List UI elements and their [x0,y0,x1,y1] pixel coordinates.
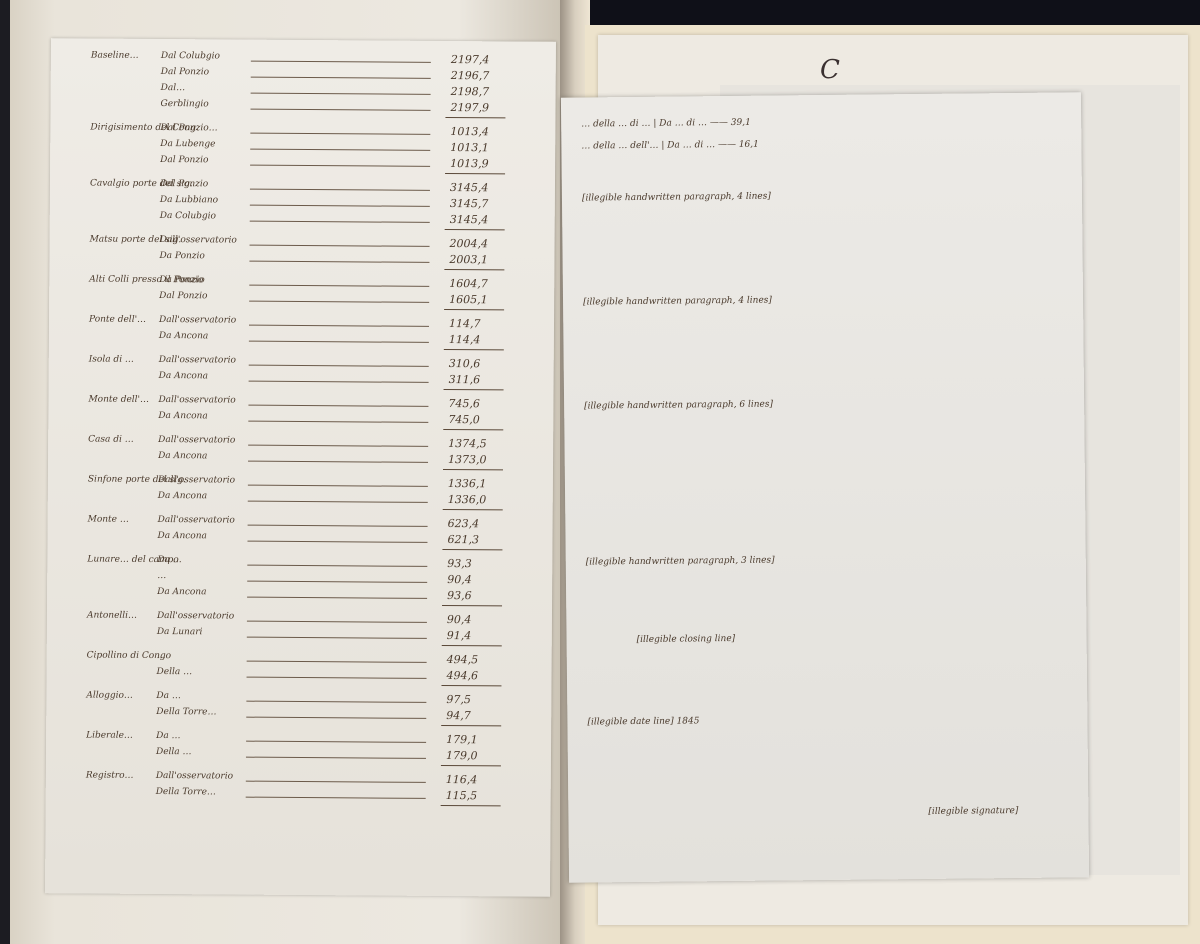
ledger-value: 3145,7 [450,197,489,210]
ledger-group-rule [443,469,503,470]
ledger-value: 2003,1 [449,253,488,266]
ledger-row-source: Da Ancona [158,451,207,461]
ledger-leader-line [247,677,427,679]
ledger-value: 621,3 [447,533,479,546]
ledger-leader-line [249,301,429,303]
ledger-leader-line [251,61,431,63]
ledger-row: Da Ancona311,6 [49,370,554,390]
ledger-entry-label: Monte … [88,515,129,525]
ledger-leader-line [247,621,427,623]
ledger-leader-line [246,757,426,759]
ledger-row: Dal Ponzio1013,9 [50,154,555,174]
ledger-value: 310,6 [449,357,481,370]
ledger-row-source: Della … [156,747,192,757]
ledger-group-rule [445,173,505,174]
ledger-entry-label: Alloggio… [86,691,133,701]
ledger-row: Della …179,0 [46,746,551,766]
ledger-group-rule [445,229,505,230]
ledger-value: 1336,0 [448,493,487,506]
ledger-value: 93,6 [447,589,472,602]
ledger-row-source: Da Ancona [157,587,206,597]
ledger-row-source: Da Colubgio [160,211,216,221]
ledger-row: Da Ancona745,0 [48,410,553,430]
ledger-row-source: Da Ancona [157,531,206,541]
letter-paragraph: [illegible handwritten paragraph, 3 line… [586,544,1066,575]
ledger-group-rule [445,117,505,118]
ledger-row-source: Dal Ponzio [160,155,208,165]
ledger-row-source: Da Ancona [158,491,207,501]
ledger-row-source: … [157,571,166,581]
ledger-leader-line [246,781,426,783]
ledger-row-source: Da Ancona [159,331,208,341]
ledger-row-source: Da Ponzio [159,275,204,285]
ledger-value: 1013,4 [450,125,489,138]
ledger-value: 2197,4 [451,53,490,66]
ledger-row-source: Dall'osservatorio [158,435,235,446]
ledger-group-rule [443,429,503,430]
ledger-group-rule [442,605,502,606]
ledger-value: 2198,7 [451,85,490,98]
ledger-row: Da Ancona621,3 [47,530,552,550]
ledger-value: 91,4 [447,629,472,642]
ledger-entry-label: Liberale… [86,731,133,741]
ledger-row-source: Dal Ponzio… [160,123,217,133]
ledger-leader-line [247,597,427,599]
ledger-value: 1013,1 [450,141,489,154]
ledger-group-rule [442,645,502,646]
ledger-value: 494,5 [447,653,479,666]
ledger-leader-line [251,77,431,79]
ledger-leader-line [249,261,429,263]
ledger-row-source: Dall'osservatorio [158,395,235,406]
ledger-value: 93,3 [447,557,472,570]
ledger-group-rule [444,389,504,390]
letter-signature: [illegible signature] [928,797,1068,824]
ledger-value: 1604,7 [449,277,488,290]
ledger-value: 94,7 [446,709,471,722]
ledger-row-source: Dall'osservatorio [156,771,233,782]
ledger-group-rule [441,805,501,806]
ledger-row: Da Ancona1373,0 [48,450,553,470]
ledger-leader-line [247,541,427,543]
ledger-group-rule [441,725,501,726]
right-letter-sheet: … della … di … | Da … di … —— 39,1… dell… [561,92,1089,882]
letter-paragraph: [illegible handwritten paragraph, 4 line… [583,284,1063,315]
ledger-row: Della Torre…94,7 [46,706,551,726]
ledger-leader-line [250,221,430,223]
ledger-entry-label: Ponte dell'… [89,315,146,325]
ledger-entry-label: Casa di … [88,435,134,445]
ledger-leader-line [250,165,430,167]
ledger-value: 115,5 [446,789,478,802]
ledger-row: Da Ponzio2003,1 [49,250,554,270]
ledger-row: Della Torre…115,5 [46,786,551,806]
ledger-value: 116,4 [446,773,478,786]
ledger-entry-label: Isola di … [89,355,134,365]
ledger-group-rule [444,349,504,350]
ledger-value: 3145,4 [450,213,489,226]
ledger-leader-line [248,421,428,423]
ledger-group-rule [441,685,501,686]
ledger-leader-line [249,341,429,343]
ledger-value: 1605,1 [449,293,488,306]
ledger-leader-line [246,701,426,703]
ledger-value: 745,0 [448,413,480,426]
ledger-leader-line [247,581,427,583]
ledger-value: 114,7 [449,317,481,330]
left-page: Baseline…Dal Colubgio2197,4Dal Ponzio219… [10,0,570,944]
ledger-value: 2004,4 [450,237,489,250]
ledger-row: Da Colubgio3145,4 [50,210,555,230]
ledger-row: Da Ancona1336,0 [48,490,553,510]
ledger-row-source: Dall'osservatorio [159,355,236,366]
ledger-leader-line [248,525,428,527]
letter-date: [illegible date line] 1845 [587,704,1067,735]
ledger-leader-line [250,189,430,191]
ledger-value: 1336,1 [448,477,487,490]
ledger-row-source: Dal… [161,83,186,93]
ledger-value: 114,4 [449,333,481,346]
ledger-leader-line [251,93,431,95]
ledger-row-source: Da … [156,731,181,741]
ledger-row: Da Ancona114,4 [49,330,554,350]
ledger-leader-line [248,405,428,407]
ledger-leader-line [250,109,430,111]
ledger-leader-line [249,325,429,327]
ledger-value: 745,6 [448,397,480,410]
ledger-row-source: Dal Ponzio [160,179,208,189]
open-manuscript-book: Baseline…Dal Colubgio2197,4Dal Ponzio219… [0,0,1200,944]
ledger-row-source: Dall'osservatorio [157,611,234,622]
ledger-row: Dal Ponzio1605,1 [49,290,554,310]
ledger-row-source: Della … [157,667,193,677]
ledger-entry-label: Registro… [86,771,134,781]
ledger-leader-line [247,637,427,639]
ledger-row-source: Dall'osservatorio [159,315,236,326]
ledger-row-source: Da Lubbiano [160,195,218,205]
ledger-row: Da Lunari91,4 [47,626,552,646]
ledger-leader-line [250,149,430,151]
ledger-row-source: Dall'osservatorio [158,515,235,526]
ledger-leader-line [249,285,429,287]
letter-header-line: … della … dell'… | Da … di … —— 16,1 [581,129,1061,160]
ledger-value: 90,4 [447,613,472,626]
ledger-row: Della …494,6 [46,666,551,686]
ledger-row-source: Da … [156,691,181,701]
ledger-value: 179,1 [446,733,478,746]
ledger-leader-line [246,717,426,719]
ledger-group-rule [443,509,503,510]
ledger-row-source: … [157,651,166,661]
ledger-value: 90,4 [447,573,472,586]
ledger-leader-line [249,381,429,383]
ledger-value: 179,0 [446,749,478,762]
letter-closing: [illegible closing line] [636,622,1116,653]
ledger-value: 2196,7 [451,69,490,82]
corner-mark: C [820,55,840,85]
ledger-value: 97,5 [446,693,471,706]
ledger-value: 1373,0 [448,453,487,466]
ledger-value: 2197,9 [450,101,489,114]
ledger-row-source: Dall'osservatorio [160,235,237,246]
ledger-leader-line [248,501,428,503]
ledger-row-source: Della Torre… [156,787,216,797]
ledger-value: 623,4 [448,517,480,530]
ledger-row-source: Dall'osservatorio [158,475,235,486]
ledger-row-source: Dal Colubgio [161,51,220,61]
ledger-leader-line [246,797,426,799]
ledger-row-source: Da Ancona [158,411,207,421]
ledger-group-rule [441,765,501,766]
ledger-leader-line [247,661,427,663]
ledger-leader-line [248,445,428,447]
ledger-row-source: Gerblingio [160,99,208,109]
ledger-row: Gerblingio2197,9 [50,98,555,118]
ledger-value: 1013,9 [450,157,489,170]
left-ledger-sheet: Baseline…Dal Colubgio2197,4Dal Ponzio219… [45,38,556,897]
ledger-leader-line [250,133,430,135]
ledger-value: 1374,5 [448,437,487,450]
ledger-leader-line [248,485,428,487]
ledger-value: 3145,4 [450,181,489,194]
ledger-row-source: Dal Ponzio [159,291,207,301]
ledger-group-rule [444,269,504,270]
ledger-leader-line [249,365,429,367]
ledger-row-source: Da Ancona [159,371,208,381]
ledger-entry-label: Antonelli… [87,611,137,621]
letter-paragraph: [illegible handwritten paragraph, 6 line… [584,388,1064,419]
ledger-value: 494,6 [447,669,479,682]
ledger-group-rule [444,309,504,310]
ledger-row-source: Da Lubenge [160,139,215,149]
ledger-row-source: Dal Ponzio [161,67,209,77]
letter-paragraph: [illegible handwritten paragraph, 4 line… [582,181,1062,212]
ledger-value: 311,6 [449,373,481,386]
ledger-row: Da Ancona93,6 [47,586,552,606]
ledger-leader-line [247,565,427,567]
ledger-group-rule [442,549,502,550]
ledger-leader-line [250,245,430,247]
ledger-leader-line [248,461,428,463]
ledger-row-source: Da … [157,555,182,565]
ledger-entry-label: Baseline… [91,51,139,61]
ledger-leader-line [246,741,426,743]
ledger-row-source: Della Torre… [156,707,216,717]
ledger-entry-label: Monte dell'… [88,395,149,405]
ledger-row-source: Da Lunari [157,627,203,637]
ledger-row-source: Da Ponzio [159,251,204,261]
ledger-leader-line [250,205,430,207]
